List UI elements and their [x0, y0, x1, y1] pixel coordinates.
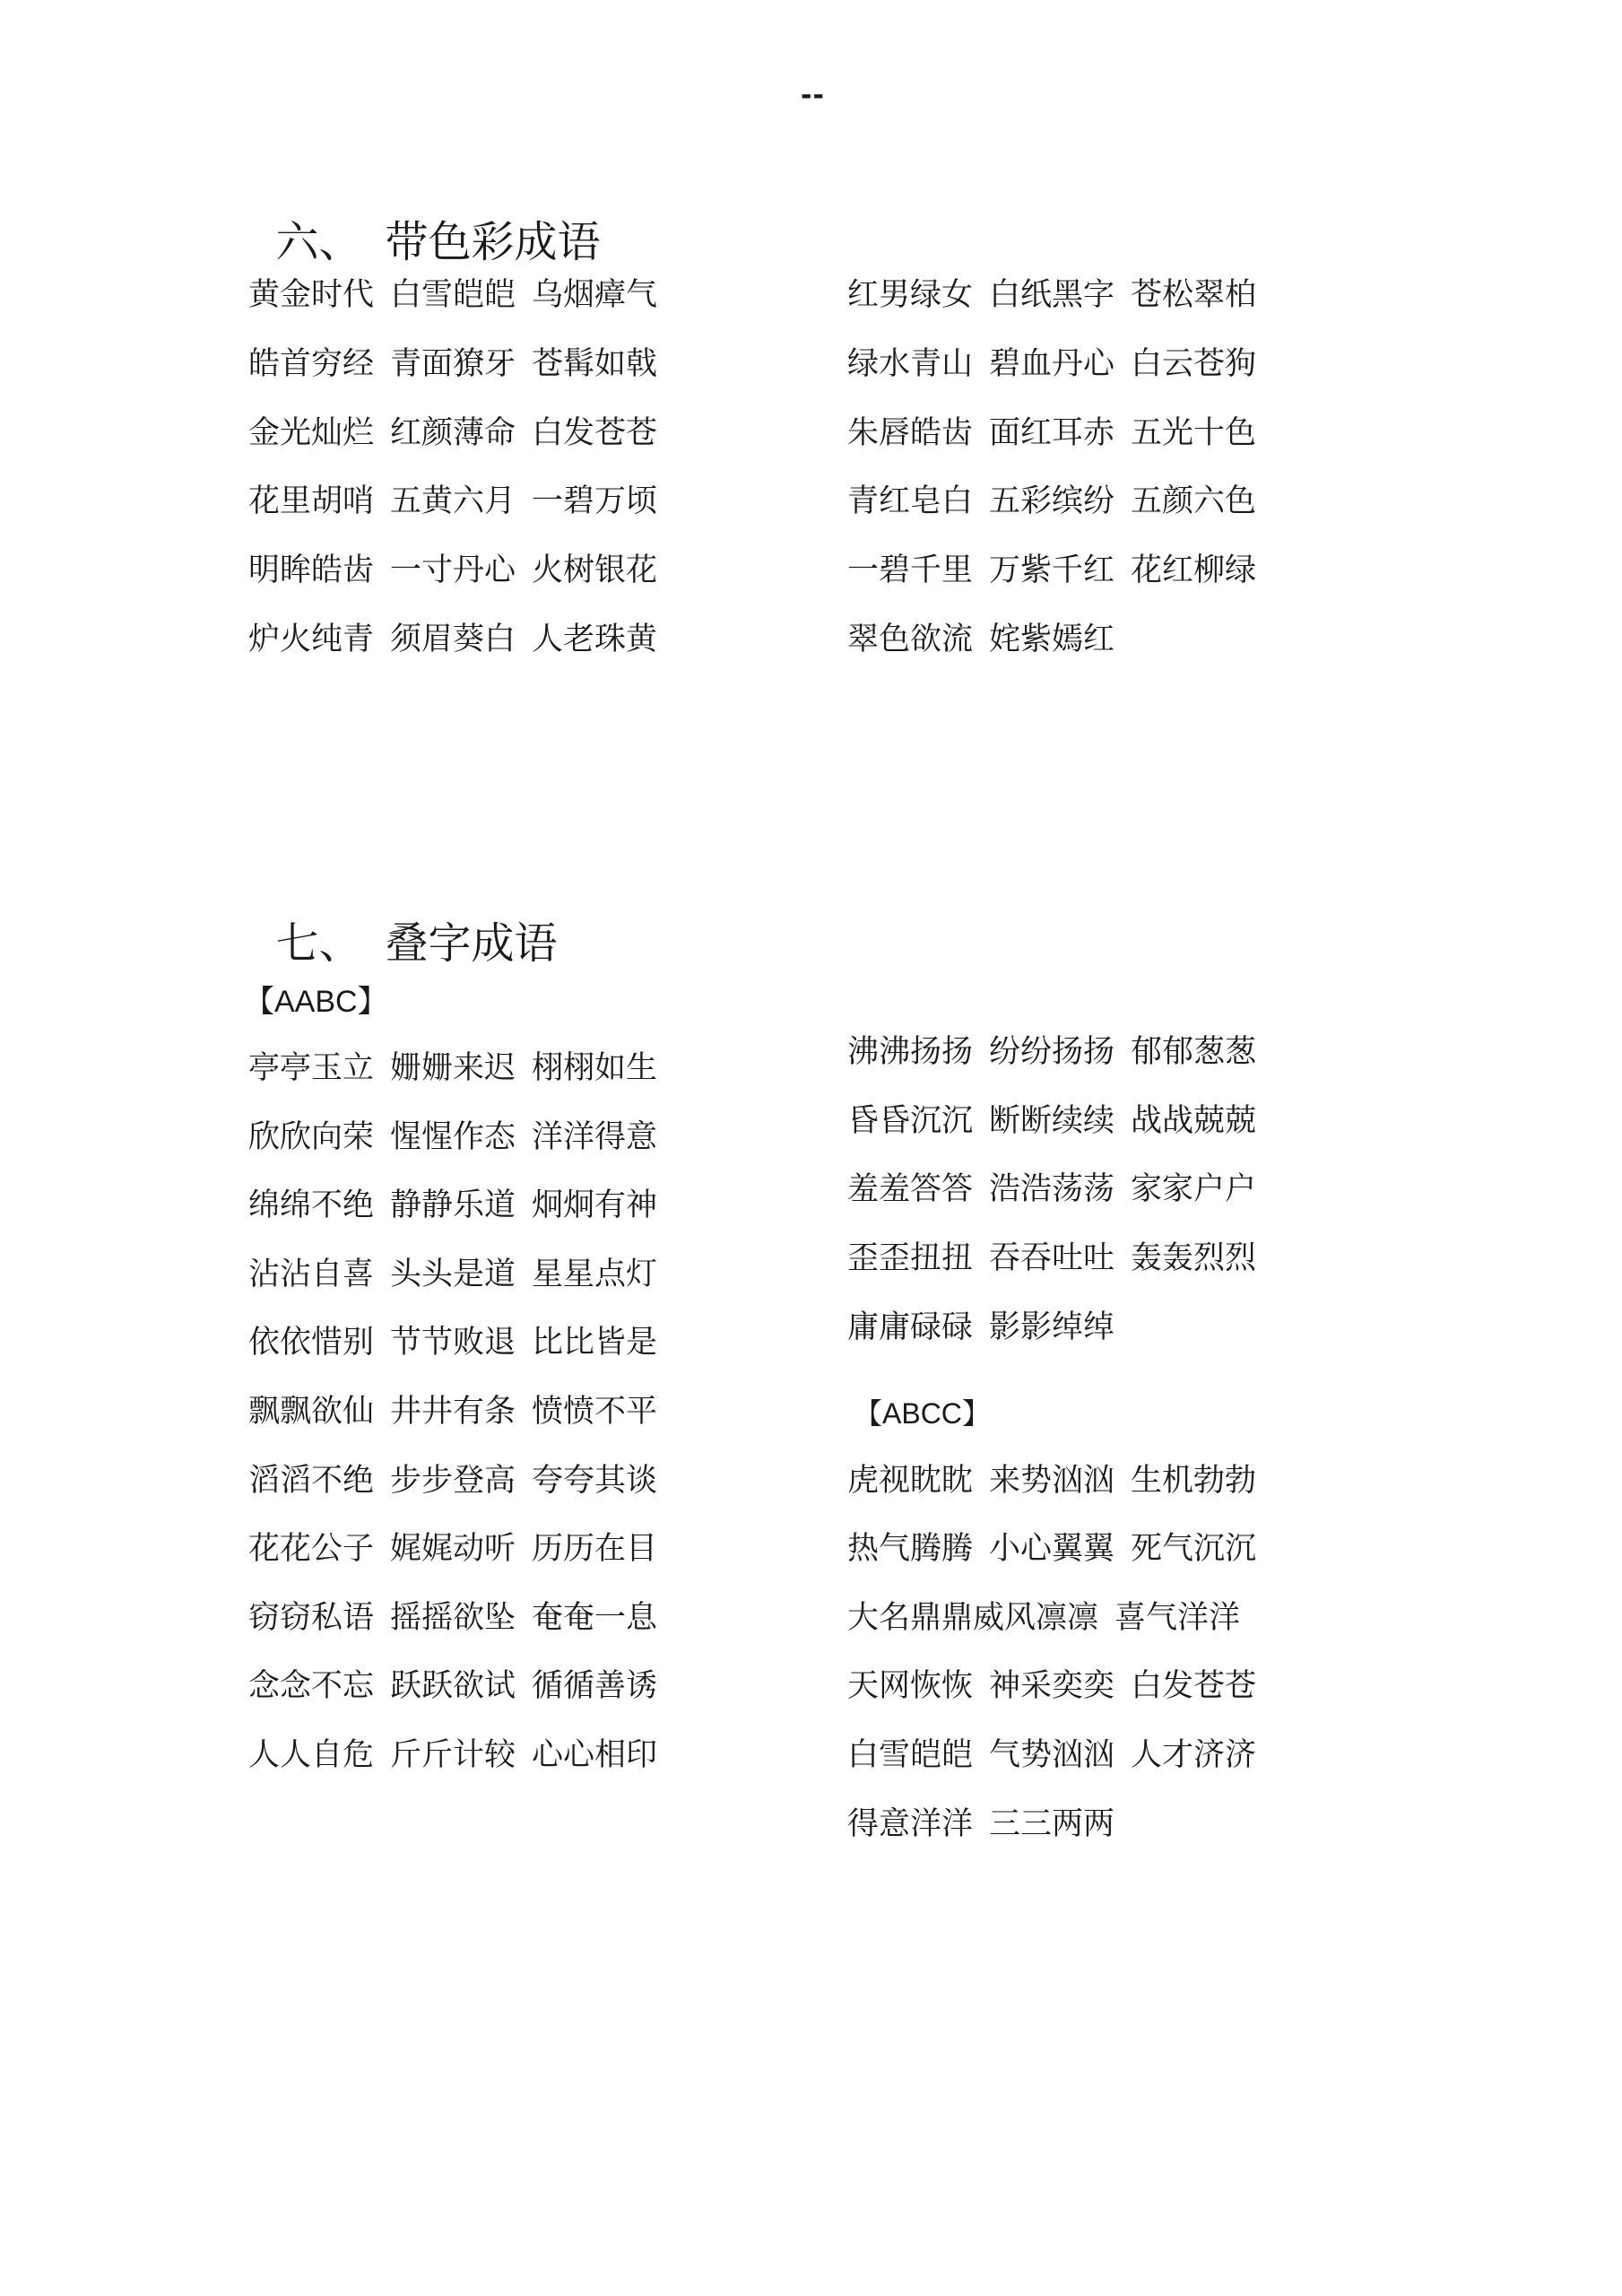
- idiom: 花花公子: [248, 1531, 374, 1567]
- idiom: 来势汹汹: [989, 1463, 1115, 1499]
- idiom: 死气沉沉: [1131, 1531, 1256, 1567]
- idiom: 天网恢恢: [847, 1668, 973, 1704]
- idiom: 须眉葵白: [390, 622, 516, 657]
- idiom: 绿水青山: [847, 346, 973, 382]
- idiom: 浩浩荡荡: [989, 1171, 1115, 1207]
- idiom-row: 花里胡哨五黄六月一碧万顷: [248, 483, 657, 519]
- idiom-row: 花花公子娓娓动听历历在目: [248, 1531, 657, 1567]
- idiom: 白纸黑字: [989, 277, 1115, 313]
- idiom-row: 炉火纯青须眉葵白人老珠黄: [248, 622, 657, 657]
- idiom: 心心相印: [532, 1737, 657, 1773]
- idiom: 小心翼翼: [989, 1531, 1115, 1567]
- idiom: 面红耳赤: [989, 415, 1115, 451]
- idiom-row: 歪歪扭扭吞吞吐吐轰轰烈烈: [847, 1240, 1256, 1276]
- idiom: 得意洋洋: [847, 1806, 973, 1842]
- idiom-row: 绵绵不绝静静乐道炯炯有神: [248, 1187, 657, 1223]
- idiom: 苍松翠柏: [1131, 277, 1256, 313]
- idiom-row: 翠色欲流姹紫嫣红: [847, 622, 1115, 657]
- idiom: 人人自危: [248, 1737, 374, 1773]
- idiom: 炯炯有神: [532, 1187, 657, 1223]
- idiom-row: 沾沾自喜头头是道星星点灯: [248, 1257, 657, 1292]
- idiom-row: 飘飘欲仙井井有条愤愤不平: [248, 1394, 657, 1430]
- idiom: 愤愤不平: [532, 1394, 657, 1430]
- idiom: 人才济济: [1131, 1737, 1256, 1773]
- idiom: 白雪皑皑: [390, 277, 516, 313]
- idiom-row: 天网恢恢神采奕奕白发苍苍: [847, 1668, 1256, 1704]
- idiom: 念念不忘: [248, 1668, 374, 1704]
- idiom-row: 热气腾腾小心翼翼死气沉沉: [847, 1531, 1256, 1567]
- idiom: 郁郁葱葱: [1131, 1034, 1256, 1070]
- idiom-row: 人人自危斤斤计较心心相印: [248, 1737, 657, 1773]
- idiom-row: 明眸皓齿一寸丹心火树银花: [248, 552, 657, 588]
- idiom: 万紫千红: [989, 552, 1115, 588]
- aabc-label: 【AABC】: [244, 987, 388, 1017]
- idiom: 洋洋得意: [532, 1119, 657, 1155]
- idiom: 白发苍苍: [1131, 1668, 1256, 1704]
- idiom-row: 欣欣向荣惺惺作态洋洋得意: [248, 1119, 657, 1155]
- idiom: 沸沸扬扬: [847, 1034, 973, 1070]
- idiom: 一寸丹心: [390, 552, 516, 588]
- idiom: 循循善诱: [532, 1668, 657, 1704]
- idiom: 飘飘欲仙: [248, 1394, 374, 1430]
- idiom: 夸夸其谈: [532, 1463, 657, 1499]
- idiom-row: 大名鼎鼎威风凛凛喜气洋洋: [847, 1600, 1240, 1636]
- idiom: 欣欣向荣: [248, 1119, 374, 1155]
- idiom: 纷纷扬扬: [989, 1034, 1115, 1070]
- idiom: 惺惺作态: [390, 1119, 516, 1155]
- idiom: 一碧万顷: [532, 483, 657, 519]
- abcc-label: 【ABCC】: [854, 1399, 991, 1428]
- section-6-number: 六、: [276, 221, 386, 264]
- idiom: 火树银花: [532, 552, 657, 588]
- idiom: 五黄六月: [390, 483, 516, 519]
- idiom: 青红皂白: [847, 483, 973, 519]
- idiom: 金光灿烂: [248, 415, 374, 451]
- idiom: 人老珠黄: [532, 622, 657, 657]
- idiom-row: 羞羞答答浩浩荡荡家家户户: [847, 1171, 1256, 1207]
- idiom: 一碧千里: [847, 552, 973, 588]
- idiom-row: 昏昏沉沉断断续续战战兢兢: [847, 1103, 1256, 1139]
- idiom: 苍髯如戟: [532, 346, 657, 382]
- idiom-row: 庸庸碌碌影影绰绰: [847, 1309, 1115, 1345]
- idiom-row: 绿水青山碧血丹心白云苍狗: [847, 346, 1256, 382]
- idiom-row: 依依惜别节节败退比比皆是: [248, 1325, 657, 1361]
- idiom: 战战兢兢: [1131, 1103, 1256, 1139]
- idiom: 奄奄一息: [532, 1600, 657, 1636]
- idiom: 家家户户: [1131, 1171, 1256, 1207]
- idiom: 白云苍狗: [1131, 346, 1256, 382]
- idiom: 生机勃勃: [1131, 1463, 1256, 1499]
- idiom: 轰轰烈烈: [1131, 1240, 1256, 1276]
- section-6-heading: 带色彩成语: [386, 217, 601, 267]
- idiom: 皓首穷经: [248, 346, 374, 382]
- idiom: 亭亭玉立: [248, 1050, 374, 1086]
- idiom: 神采奕奕: [989, 1668, 1115, 1704]
- idiom: 歪歪扭扭: [847, 1240, 973, 1276]
- idiom: 娓娓动听: [390, 1531, 516, 1567]
- idiom: 步步登高: [390, 1463, 516, 1499]
- idiom: 五光十色: [1131, 415, 1256, 451]
- idiom: 姗姗来迟: [390, 1050, 516, 1086]
- idiom-row: 皓首穷经青面獠牙苍髯如戟: [248, 346, 657, 382]
- idiom: 气势汹汹: [989, 1737, 1115, 1773]
- idiom-row: 朱唇皓齿面红耳赤五光十色: [847, 415, 1256, 451]
- idiom-row: 窃窃私语摇摇欲坠奄奄一息: [248, 1600, 657, 1636]
- idiom: 白雪皑皑: [847, 1737, 973, 1773]
- idiom: 红男绿女: [847, 277, 973, 313]
- idiom: 热气腾腾: [847, 1531, 973, 1567]
- idiom: 静静乐道: [390, 1187, 516, 1223]
- idiom: 青面獠牙: [390, 346, 516, 382]
- idiom-row: 沸沸扬扬纷纷扬扬郁郁葱葱: [847, 1034, 1256, 1070]
- idiom: 姹紫嫣红: [989, 622, 1115, 657]
- idiom: 大名鼎鼎威风凛凛: [847, 1600, 1098, 1636]
- idiom: 黄金时代: [248, 277, 374, 313]
- idiom-row: 得意洋洋三三两两: [847, 1806, 1115, 1842]
- idiom: 星星点灯: [532, 1257, 657, 1292]
- idiom-row: 白雪皑皑气势汹汹人才济济: [847, 1737, 1256, 1773]
- section-7-title: 七、叠字成语: [248, 879, 558, 965]
- idiom: 翠色欲流: [847, 622, 973, 657]
- idiom: 影影绰绰: [989, 1309, 1115, 1345]
- idiom-row: 一碧千里万紫千红花红柳绿: [847, 552, 1256, 588]
- idiom-row: 虎视眈眈来势汹汹生机勃勃: [847, 1463, 1256, 1499]
- page-marker: --: [801, 83, 825, 109]
- idiom: 依依惜别: [248, 1325, 374, 1361]
- idiom-row: 亭亭玉立姗姗来迟栩栩如生: [248, 1050, 657, 1086]
- idiom: 头头是道: [390, 1257, 516, 1292]
- idiom: 三三两两: [989, 1806, 1115, 1842]
- idiom: 喜气洋洋: [1115, 1600, 1240, 1636]
- idiom: 五彩缤纷: [989, 483, 1115, 519]
- idiom: 碧血丹心: [989, 346, 1115, 382]
- idiom-row: 滔滔不绝步步登高夸夸其谈: [248, 1463, 657, 1499]
- idiom: 花红柳绿: [1131, 552, 1256, 588]
- section-7-heading: 叠字成语: [386, 918, 558, 969]
- idiom: 昏昏沉沉: [847, 1103, 973, 1139]
- idiom: 跃跃欲试: [390, 1668, 516, 1704]
- idiom: 比比皆是: [532, 1325, 657, 1361]
- idiom: 羞羞答答: [847, 1171, 973, 1207]
- idiom: 吞吞吐吐: [989, 1240, 1115, 1276]
- idiom: 明眸皓齿: [248, 552, 374, 588]
- section-7-number: 七、: [276, 922, 386, 965]
- idiom: 栩栩如生: [532, 1050, 657, 1086]
- idiom: 摇摇欲坠: [390, 1600, 516, 1636]
- idiom: 白发苍苍: [532, 415, 657, 451]
- idiom-row: 红男绿女白纸黑字苍松翠柏: [847, 277, 1256, 313]
- idiom: 窃窃私语: [248, 1600, 374, 1636]
- idiom: 朱唇皓齿: [847, 415, 973, 451]
- idiom: 断断续续: [989, 1103, 1115, 1139]
- idiom: 井井有条: [390, 1394, 516, 1430]
- idiom: 五颜六色: [1131, 483, 1256, 519]
- idiom: 绵绵不绝: [248, 1187, 374, 1223]
- idiom: 庸庸碌碌: [847, 1309, 973, 1345]
- idiom-row: 黄金时代白雪皑皑乌烟瘴气: [248, 277, 657, 313]
- idiom-row: 金光灿烂红颜薄命白发苍苍: [248, 415, 657, 451]
- idiom: 乌烟瘴气: [532, 277, 657, 313]
- section-6-title: 六、带色彩成语: [248, 178, 601, 264]
- idiom: 炉火纯青: [248, 622, 374, 657]
- idiom-row: 青红皂白五彩缤纷五颜六色: [847, 483, 1256, 519]
- idiom: 沾沾自喜: [248, 1257, 374, 1292]
- idiom: 历历在目: [532, 1531, 657, 1567]
- idiom: 花里胡哨: [248, 483, 374, 519]
- idiom-row: 念念不忘跃跃欲试循循善诱: [248, 1668, 657, 1704]
- idiom: 红颜薄命: [390, 415, 516, 451]
- idiom: 虎视眈眈: [847, 1463, 973, 1499]
- idiom: 斤斤计较: [390, 1737, 516, 1773]
- idiom: 节节败退: [390, 1325, 516, 1361]
- idiom: 滔滔不绝: [248, 1463, 374, 1499]
